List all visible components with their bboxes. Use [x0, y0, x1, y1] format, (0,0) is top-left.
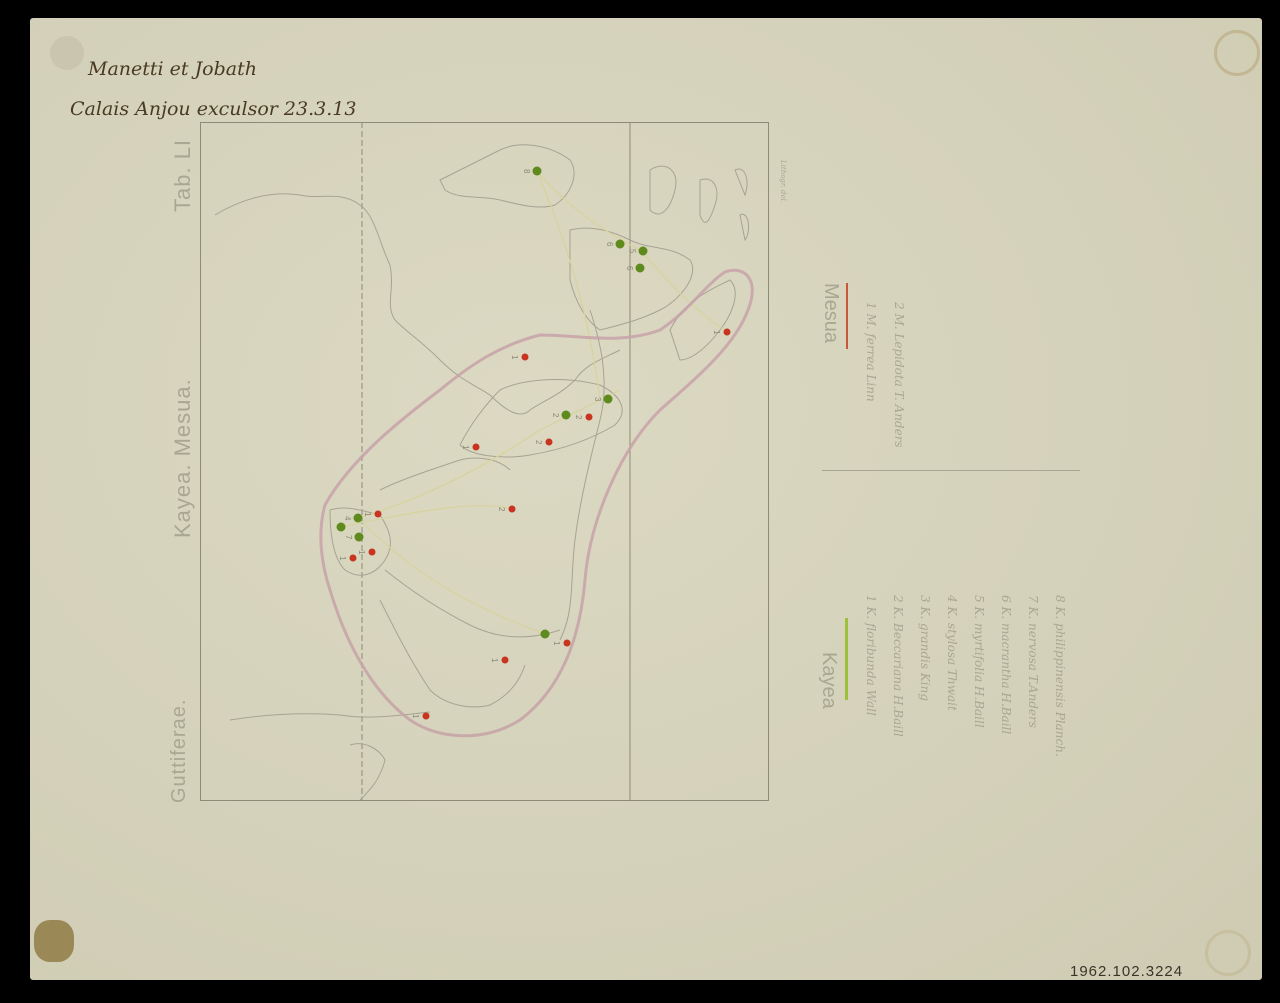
- legend-divider: [822, 470, 1080, 471]
- kayea-legend-item: 8 K. philippinensis Planch.: [1053, 595, 1067, 757]
- accession-number: 1962.102.3224: [1070, 963, 1183, 980]
- kayea-marker: [355, 533, 364, 542]
- mesua-marker: [369, 549, 376, 556]
- mesua-marker: [423, 713, 430, 720]
- kayea-legend-heading: Kayea: [817, 652, 840, 709]
- marker-label: 7: [344, 535, 353, 540]
- coastlines: [215, 145, 749, 800]
- marker-label: 1: [490, 658, 499, 663]
- mesua-marker: [546, 439, 553, 446]
- marker-label: 2: [497, 507, 506, 512]
- kayea-heading-underline: [845, 618, 848, 700]
- marker-label: 1: [552, 641, 561, 646]
- mesua-marker: [522, 354, 529, 361]
- marker-label: 6: [605, 242, 614, 247]
- marker-label: 4: [343, 516, 352, 521]
- kayea-legend-item: 3 K. grandis King: [918, 595, 932, 701]
- kayea-marker: [337, 523, 346, 532]
- marker-label: 1: [461, 445, 470, 450]
- mesua-marker: [350, 555, 357, 562]
- kayea-legend-item: 1 K. floribunda Wall: [864, 595, 878, 716]
- marker-label: 8: [522, 169, 531, 174]
- marker-label: 1: [712, 330, 721, 335]
- marker-label: 1: [357, 550, 366, 555]
- kayea-marker: [562, 411, 571, 420]
- kayea-marker: [636, 264, 645, 273]
- kayea-marker: [616, 240, 625, 249]
- mesua-marker: [509, 506, 516, 513]
- marker-label: 5: [628, 249, 637, 254]
- marker-label: 6: [625, 266, 634, 271]
- mesua-legend-item: 2 M. Lepidota T. Anders: [892, 302, 906, 448]
- kayea-marker: [639, 247, 648, 256]
- mesua-marker: [502, 657, 509, 664]
- kayea-legend-item: 6 K. macrantha H.Baill: [999, 595, 1013, 734]
- kayea-legend-item: 4 K. stylosa Thwait: [945, 595, 959, 711]
- mesua-marker: [375, 511, 382, 518]
- mesua-marker: [473, 444, 480, 451]
- kayea-marker: [533, 167, 542, 176]
- marker-label: 1: [338, 556, 347, 561]
- kayea-marker: [354, 514, 363, 523]
- mesua-marker: [564, 640, 571, 647]
- map-drawing: 86561132221214711111: [0, 0, 1280, 1003]
- kayea-legend-item: 2 K. Beccariana H.Baill: [891, 595, 905, 737]
- kayea-marker: [604, 395, 613, 404]
- kayea-legend-item: 7 K. nervosa T.Anders: [1026, 595, 1040, 728]
- marker-label: 2: [574, 415, 583, 420]
- kayea-legend-item: 5 K. myrtifolia H.Baill: [972, 595, 986, 728]
- marker-label: 1: [510, 355, 519, 360]
- mesua-marker: [586, 414, 593, 421]
- marker-label: 1: [411, 714, 420, 719]
- marker-label: 1: [363, 512, 372, 517]
- marker-label: 3: [593, 397, 602, 402]
- marker-label: 2: [534, 440, 543, 445]
- mesua-legend-item: 1 M. ferrea Linn: [864, 302, 878, 402]
- kayea-marker: [541, 630, 550, 639]
- mesua-marker: [724, 329, 731, 336]
- kayea-range-boundary: [321, 270, 752, 735]
- marker-label: 2: [551, 413, 560, 418]
- mesua-legend-heading: Mesua: [819, 283, 842, 343]
- mesua-heading-underline: [846, 283, 848, 349]
